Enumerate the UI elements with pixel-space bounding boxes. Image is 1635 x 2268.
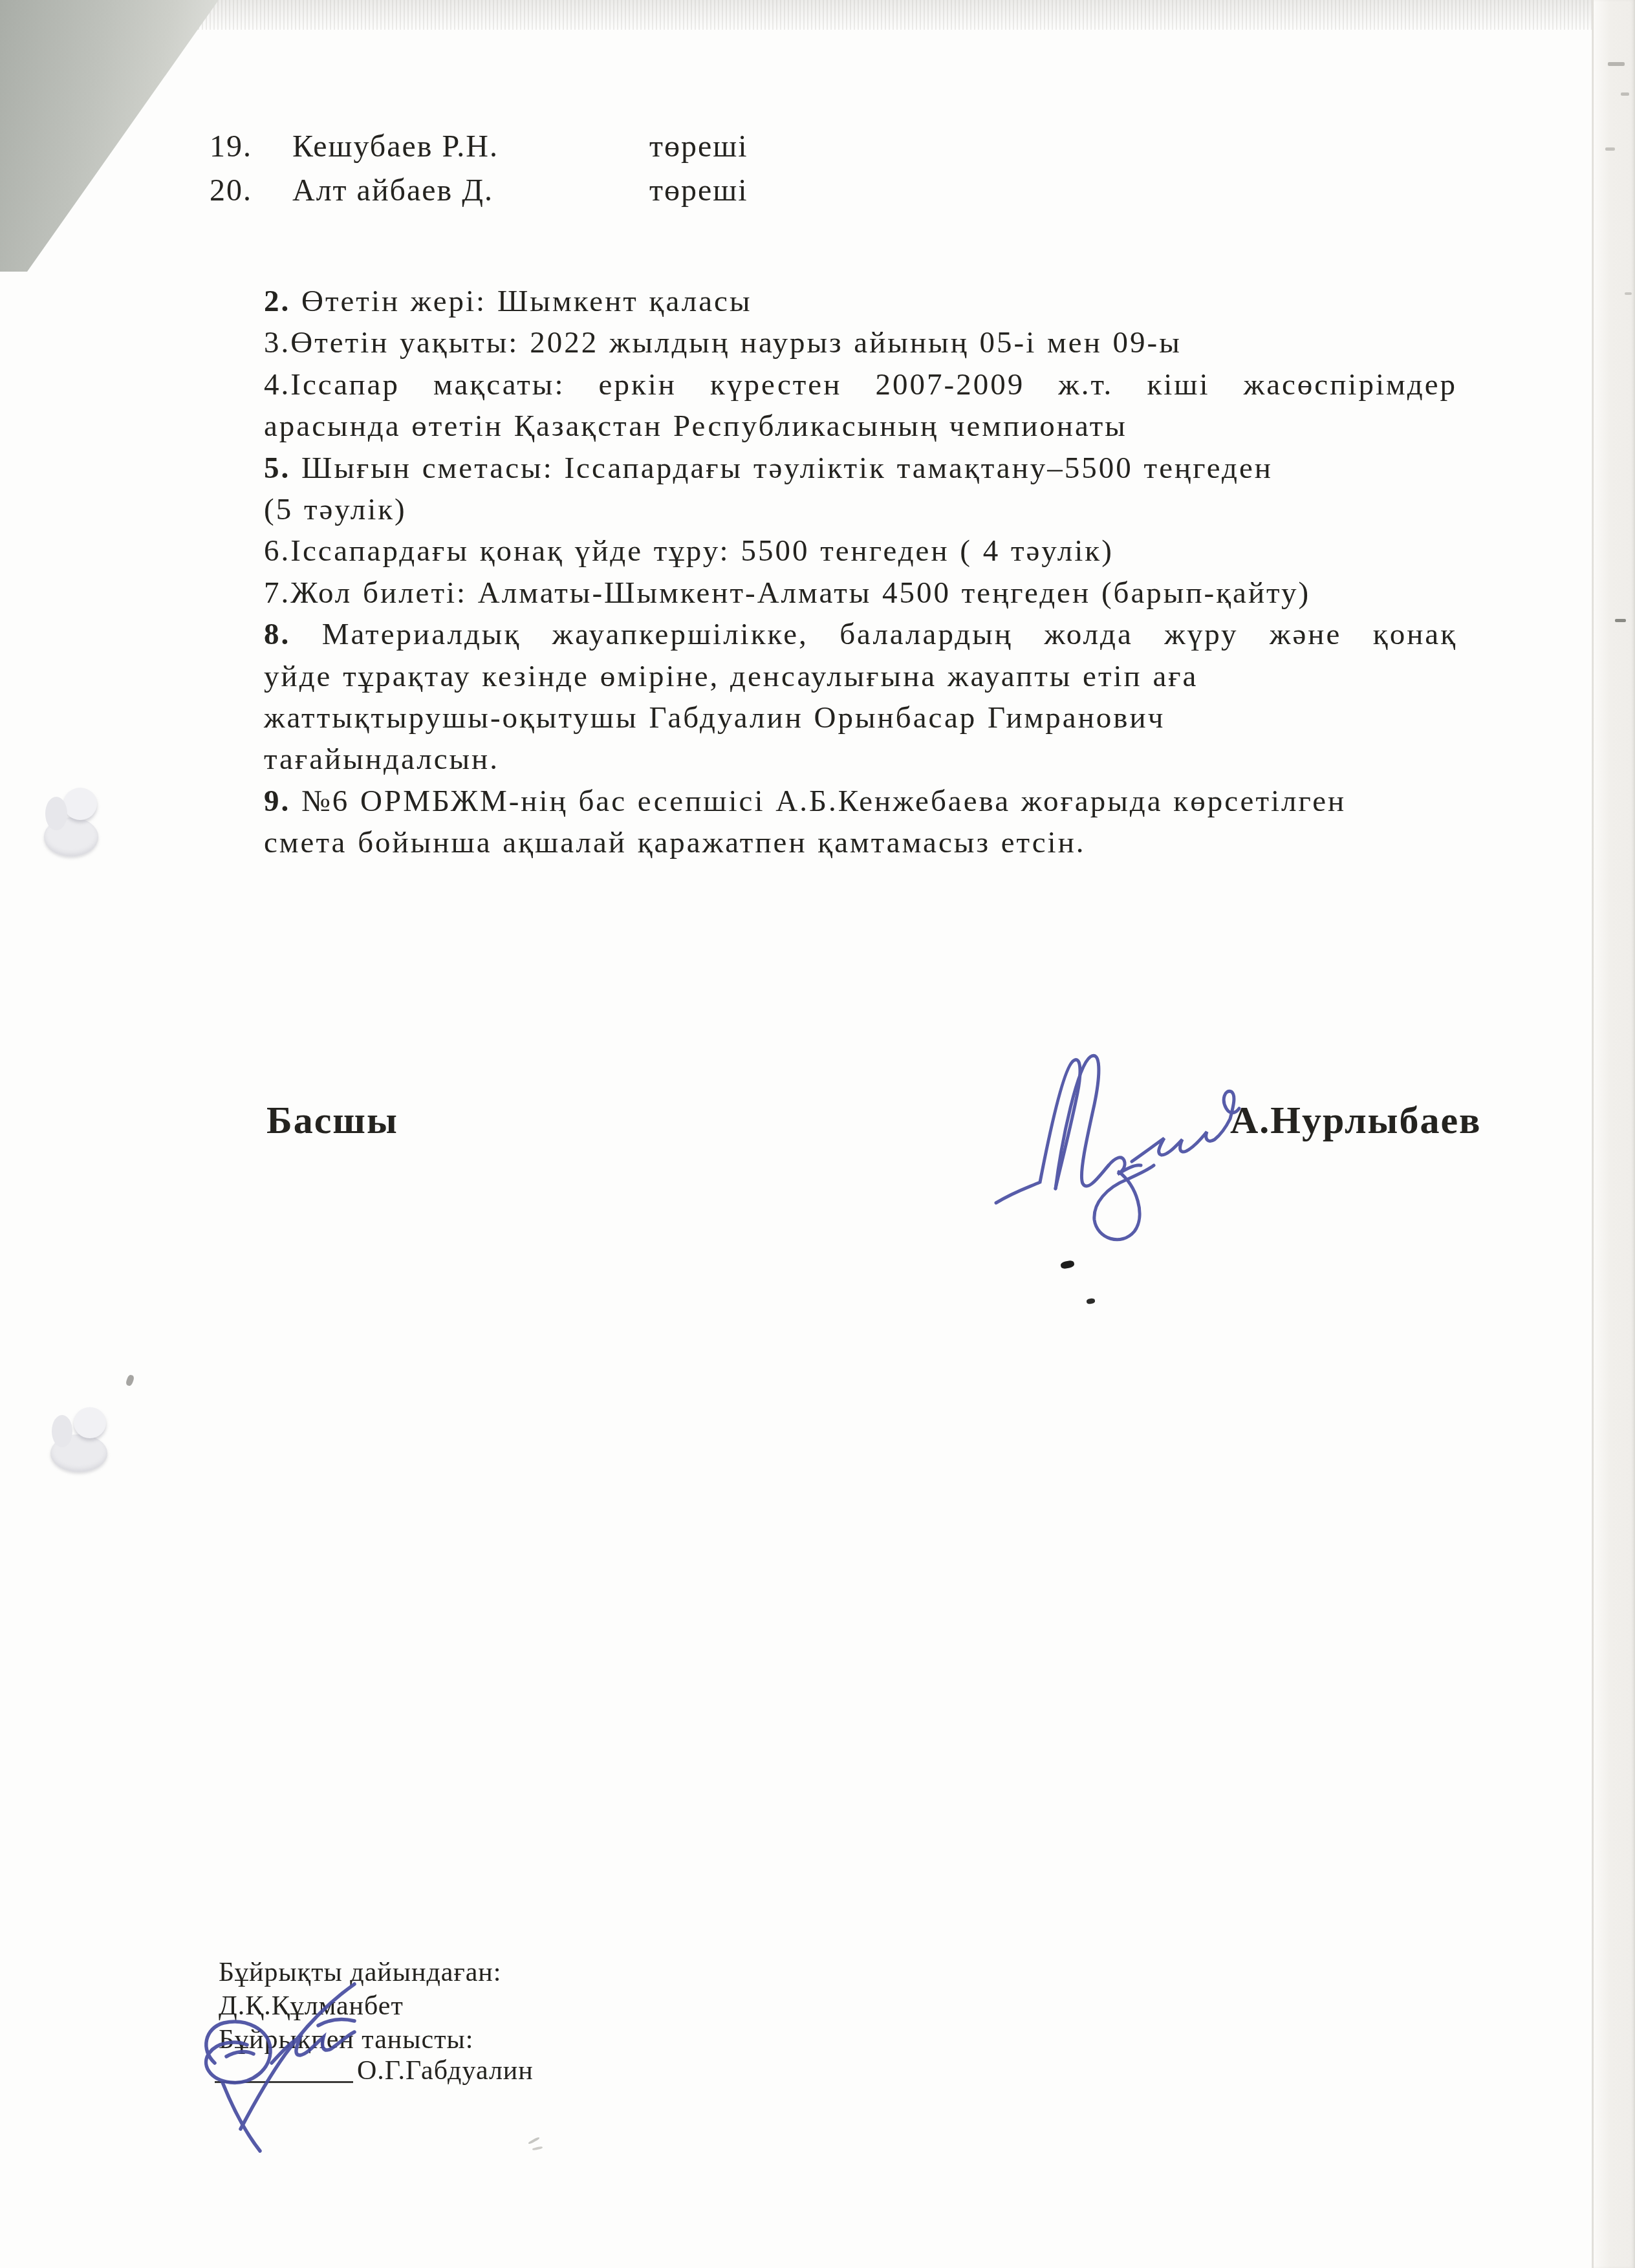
roster-role: төреші — [649, 127, 748, 171]
paragraph-text: (5 тәулік) — [264, 493, 407, 526]
ink-speck — [1060, 1260, 1075, 1269]
paragraph-text: Өтетін жері: Шымкент қаласы — [290, 285, 752, 318]
document-line: 4.Іссапар мақсаты: еркін күрестен 2007-2… — [264, 364, 1457, 405]
paragraph-text: №6 ОРМБЖМ-нің бас есепшісі А.Б.Кенжебаев… — [290, 784, 1346, 818]
acknowledgement-signature — [181, 1869, 492, 2166]
paragraph-number: 9. — [264, 784, 290, 818]
paragraph-text: Материалдық жауапкершілікке, балалардың … — [290, 618, 1457, 651]
document-line: 8. Материалдық жауапкершілікке, балалард… — [264, 614, 1457, 655]
roster-row: 19. Кешубаев Р.Н. төреші — [210, 127, 748, 171]
scanned-document-page: { "page": { "paper_color": "#fdfdfc", "i… — [0, 0, 1635, 2268]
paragraph-number: 4. — [264, 368, 290, 402]
document-line: жаттықтырушы-оқытушы Габдуалин Орынбасар… — [264, 697, 1457, 739]
paragraph-text: тағайындалсын. — [264, 742, 499, 776]
scan-corner-fold — [0, 0, 220, 285]
roster-number: 19. — [210, 127, 292, 171]
document-line: 7.Жол билеті: Алматы-Шымкент-Алматы 4500… — [264, 572, 1457, 614]
paragraph-text: Іссапар мақсаты: еркін күрестен 2007-200… — [290, 368, 1457, 402]
paragraph-text: жаттықтырушы-оқытушы Габдуалин Орынбасар… — [264, 701, 1165, 735]
document-line: 3.Өтетін уақыты: 2022 жылдың наурыз айын… — [264, 322, 1457, 363]
roster-name: Алт айбаев Д. — [292, 171, 649, 215]
paragraph-number: 8. — [264, 618, 290, 651]
document-line: арасында өтетін Қазақстан Республикасыны… — [264, 405, 1457, 447]
roster-number: 20. — [210, 171, 292, 215]
scan-mark — [528, 2137, 540, 2144]
roster-role: төреші — [649, 171, 748, 215]
scan-mark — [1608, 62, 1625, 66]
scan-speck — [125, 1374, 135, 1387]
scan-mark — [532, 2146, 543, 2150]
paragraph-text: Шығын сметасы: Іссапардағы тәуліктік там… — [290, 451, 1273, 485]
order-body-text: 2. Өтетін жері: Шымкент қаласы3.Өтетін у… — [264, 281, 1457, 863]
document-line: (5 тәулік) — [264, 489, 1457, 530]
ink-speck — [1087, 1298, 1096, 1304]
director-signature — [983, 1028, 1255, 1261]
document-line: 5. Шығын сметасы: Іссапардағы тәуліктік … — [264, 448, 1457, 489]
paragraph-text: Жол билеті: Алматы-Шымкент-Алматы 4500 т… — [290, 576, 1310, 610]
document-line: уйде тұрақтау кезінде өміріне, денсаулығ… — [264, 656, 1457, 697]
document-line: 9. №6 ОРМБЖМ-нің бас есепшісі А.Б.Кенжеб… — [264, 781, 1457, 822]
whiteout-smudge — [48, 1407, 110, 1474]
signoff-title: Басшы — [266, 1098, 398, 1143]
paragraph-number: 7. — [264, 576, 290, 610]
document-line: тағайындалсын. — [264, 739, 1457, 780]
scan-mark — [1615, 619, 1626, 622]
whiteout-smudge — [40, 788, 100, 860]
paragraph-number: 2. — [264, 285, 290, 318]
paragraph-text: смета бойынша ақшалай қаражатпен қамтама… — [264, 826, 1086, 859]
scan-mark — [1605, 147, 1615, 151]
document-line: смета бойынша ақшалай қаражатпен қамтама… — [264, 822, 1457, 863]
scan-mark — [1625, 292, 1632, 295]
document-line: 2. Өтетін жері: Шымкент қаласы — [264, 281, 1457, 322]
paragraph-text: Іссапардағы қонақ үйде тұру: 5500 тенгед… — [290, 534, 1114, 568]
signoff-name: А.Нурлыбаев — [1230, 1098, 1481, 1143]
scan-background-strip — [1592, 0, 1635, 2268]
roster-row: 20. Алт айбаев Д. төреші — [210, 171, 748, 215]
paragraph-number: 3. — [264, 326, 290, 360]
scan-mark — [1621, 92, 1629, 96]
paragraph-text: уйде тұрақтау кезінде өміріне, денсаулығ… — [264, 660, 1198, 693]
scan-noise-band — [0, 0, 1635, 30]
paragraph-number: 6. — [264, 534, 290, 568]
paragraph-number: 5. — [264, 451, 290, 485]
paragraph-text: Өтетін уақыты: 2022 жылдың наурыз айының… — [290, 326, 1182, 360]
roster-name: Кешубаев Р.Н. — [292, 127, 649, 171]
paragraph-text: арасында өтетін Қазақстан Республикасыны… — [264, 409, 1127, 443]
document-line: 6.Іссапардағы қонақ үйде тұру: 5500 тенг… — [264, 530, 1457, 572]
referee-roster: 19. Кешубаев Р.Н. төреші 20. Алт айбаев … — [210, 127, 748, 215]
